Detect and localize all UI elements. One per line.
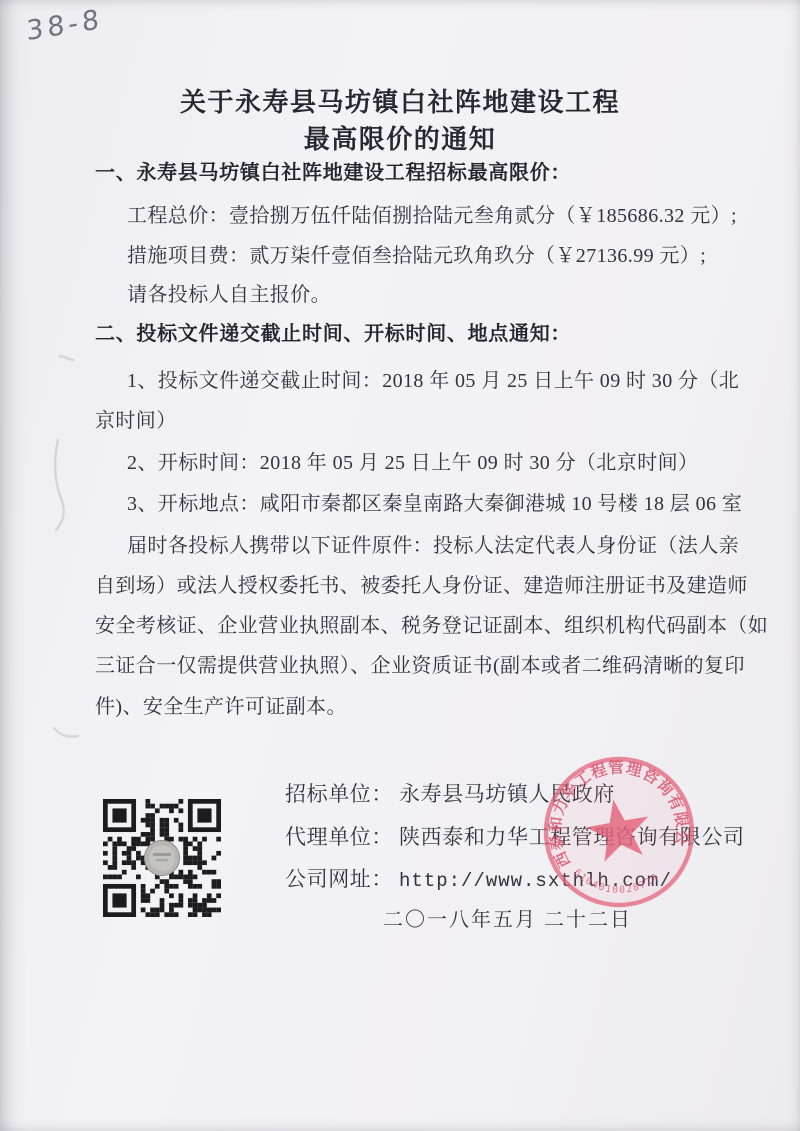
pencil-smudge-marks bbox=[38, 340, 98, 760]
section1-heading: 一、永寿县马坊镇白社阵地建设工程招标最高限价： bbox=[95, 156, 571, 185]
company-seal: 陕西泰和力华工程管理咨询有限公司 6104010028724 bbox=[538, 751, 700, 913]
document-title-line1: 关于永寿县马坊镇白社阵地建设工程 bbox=[0, 82, 800, 119]
line-credentials-3: 安全考核证、企业营业执照副本、税务登记证副本、组织机构代码副本（如 bbox=[95, 609, 768, 638]
document-title-line2: 最高限价的通知 bbox=[0, 119, 800, 156]
website-label: 公司网址： bbox=[285, 867, 393, 891]
line-credentials-1: 届时各投标人携带以下证件原件：投标人法定代表人身份证（法人亲 bbox=[127, 529, 739, 558]
line-credentials-4: 三证合一仅需提供营业执照）、企业资质证书(副本或者二维码清晰的复印 bbox=[95, 649, 745, 678]
tenderer-label: 招标单位： bbox=[285, 782, 393, 806]
line-credentials-5: 件)、安全生产许可证副本。 bbox=[95, 690, 347, 719]
line-deadline-part1: 1、投标文件递交截止时间：2018 年 05 月 25 日上午 09 时 30 … bbox=[127, 364, 739, 393]
line-opening-time: 2、开标时间：2018 年 05 月 25 日上午 09 时 30 分（北京时间… bbox=[127, 446, 698, 475]
line-measure-fee: 措施项目费：贰万柒仟壹佰叁拾陆元玖角玖分（￥27136.99 元）; bbox=[127, 239, 706, 268]
qr-code bbox=[103, 799, 221, 917]
line-project-total: 工程总价：壹拾捌万伍仟陆佰捌拾陆元叁角贰分（￥185686.32 元）; bbox=[127, 199, 737, 228]
line-credentials-2: 自到场）或法人授权委托书、被委托人身份证、建造师注册证书及建造师 bbox=[95, 569, 748, 598]
handwritten-page-number: 38-8 bbox=[26, 4, 104, 47]
line-deadline-part2: 京时间） bbox=[95, 404, 177, 433]
agent-label: 代理单位： bbox=[285, 825, 393, 849]
section2-heading: 二、投标文件递交截止时间、开标时间、地点通知： bbox=[95, 317, 571, 346]
line-self-quote: 请各投标人自主报价。 bbox=[127, 278, 331, 307]
line-opening-place: 3、开标地点：咸阳市秦都区秦皇南路大秦御港城 10 号楼 18 层 06 室 bbox=[127, 487, 742, 516]
